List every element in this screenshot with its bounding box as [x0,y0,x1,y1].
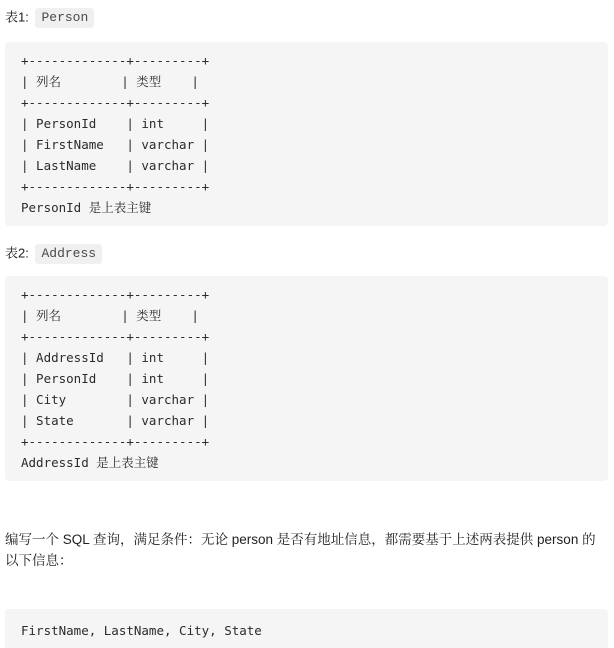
table1-schema-block: +-------------+---------+ | 列名 | 类型 | +-… [5,42,608,226]
table1-label-prefix: 表1: [5,9,29,24]
table2-label-prefix: 表2: [5,245,29,260]
result-columns-block: FirstName, LastName, City, State [5,609,608,648]
problem-statement: 表1: Person +-------------+---------+ | 列… [0,0,614,648]
table2-label: 表2: Address [5,244,608,264]
question-text: 编写一个 SQL 查询，满足条件：无论 person 是否有地址信息，都需要基于… [5,529,608,571]
table2-schema-block: +-------------+---------+ | 列名 | 类型 | +-… [5,276,608,481]
table1-label: 表1: Person [5,8,608,28]
table1-name-badge: Person [35,8,94,28]
table2-name-badge: Address [35,244,102,264]
